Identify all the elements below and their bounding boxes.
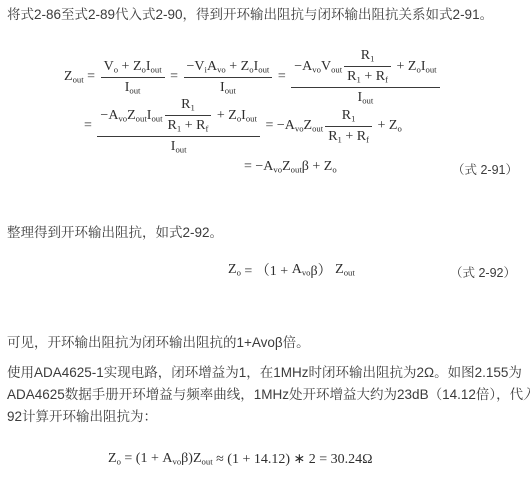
equation-2-92: Zo = （1 + Avoβ） Zout bbox=[228, 259, 355, 281]
equation-2-91-label: （式 2-91） bbox=[452, 160, 518, 178]
equation-2-92-label: （式 2-92） bbox=[450, 263, 516, 281]
equation-calculation: Zo = (1 + Avoβ)Zout ≈ (1 + 14.12) ∗ 2 = … bbox=[108, 448, 373, 470]
equation-2-91-line-b: = −AvoZoutIoutR1R1 + Rf + ZoIoutIout = −… bbox=[84, 97, 402, 155]
paragraph-conclusion: 可见，开环输出阻抗为闭环输出阻抗的1+Avoβ倍。 bbox=[7, 332, 310, 354]
document-page: 将式2-86至式2-89代入式2-90，得到开环输出阻抗与闭环输出阻抗关系如式2… bbox=[0, 0, 530, 483]
paragraph-example-line2: ADA4625数据手册开环增益与频率曲线，1MHz处开环增益大约为23dB（14… bbox=[7, 384, 530, 406]
paragraph-example-line3: 92计算开环输出阻抗为： bbox=[7, 406, 530, 428]
paragraph-example-line1: 使用ADA4625-1实现电路，闭环增益为1，在1MHz时闭环输出阻抗为2Ω。如… bbox=[7, 362, 530, 384]
paragraph-intro: 将式2-86至式2-89代入式2-90，得到开环输出阻抗与闭环输出阻抗关系如式2… bbox=[7, 4, 493, 26]
paragraph-example: 使用ADA4625-1实现电路，闭环增益为1，在1MHz时闭环输出阻抗为2Ω。如… bbox=[7, 362, 530, 428]
paragraph-rearrange: 整理得到开环输出阻抗，如式2-92。 bbox=[7, 222, 223, 244]
equation-2-91-line-c: = −AvoZoutβ + Zo bbox=[244, 157, 337, 177]
